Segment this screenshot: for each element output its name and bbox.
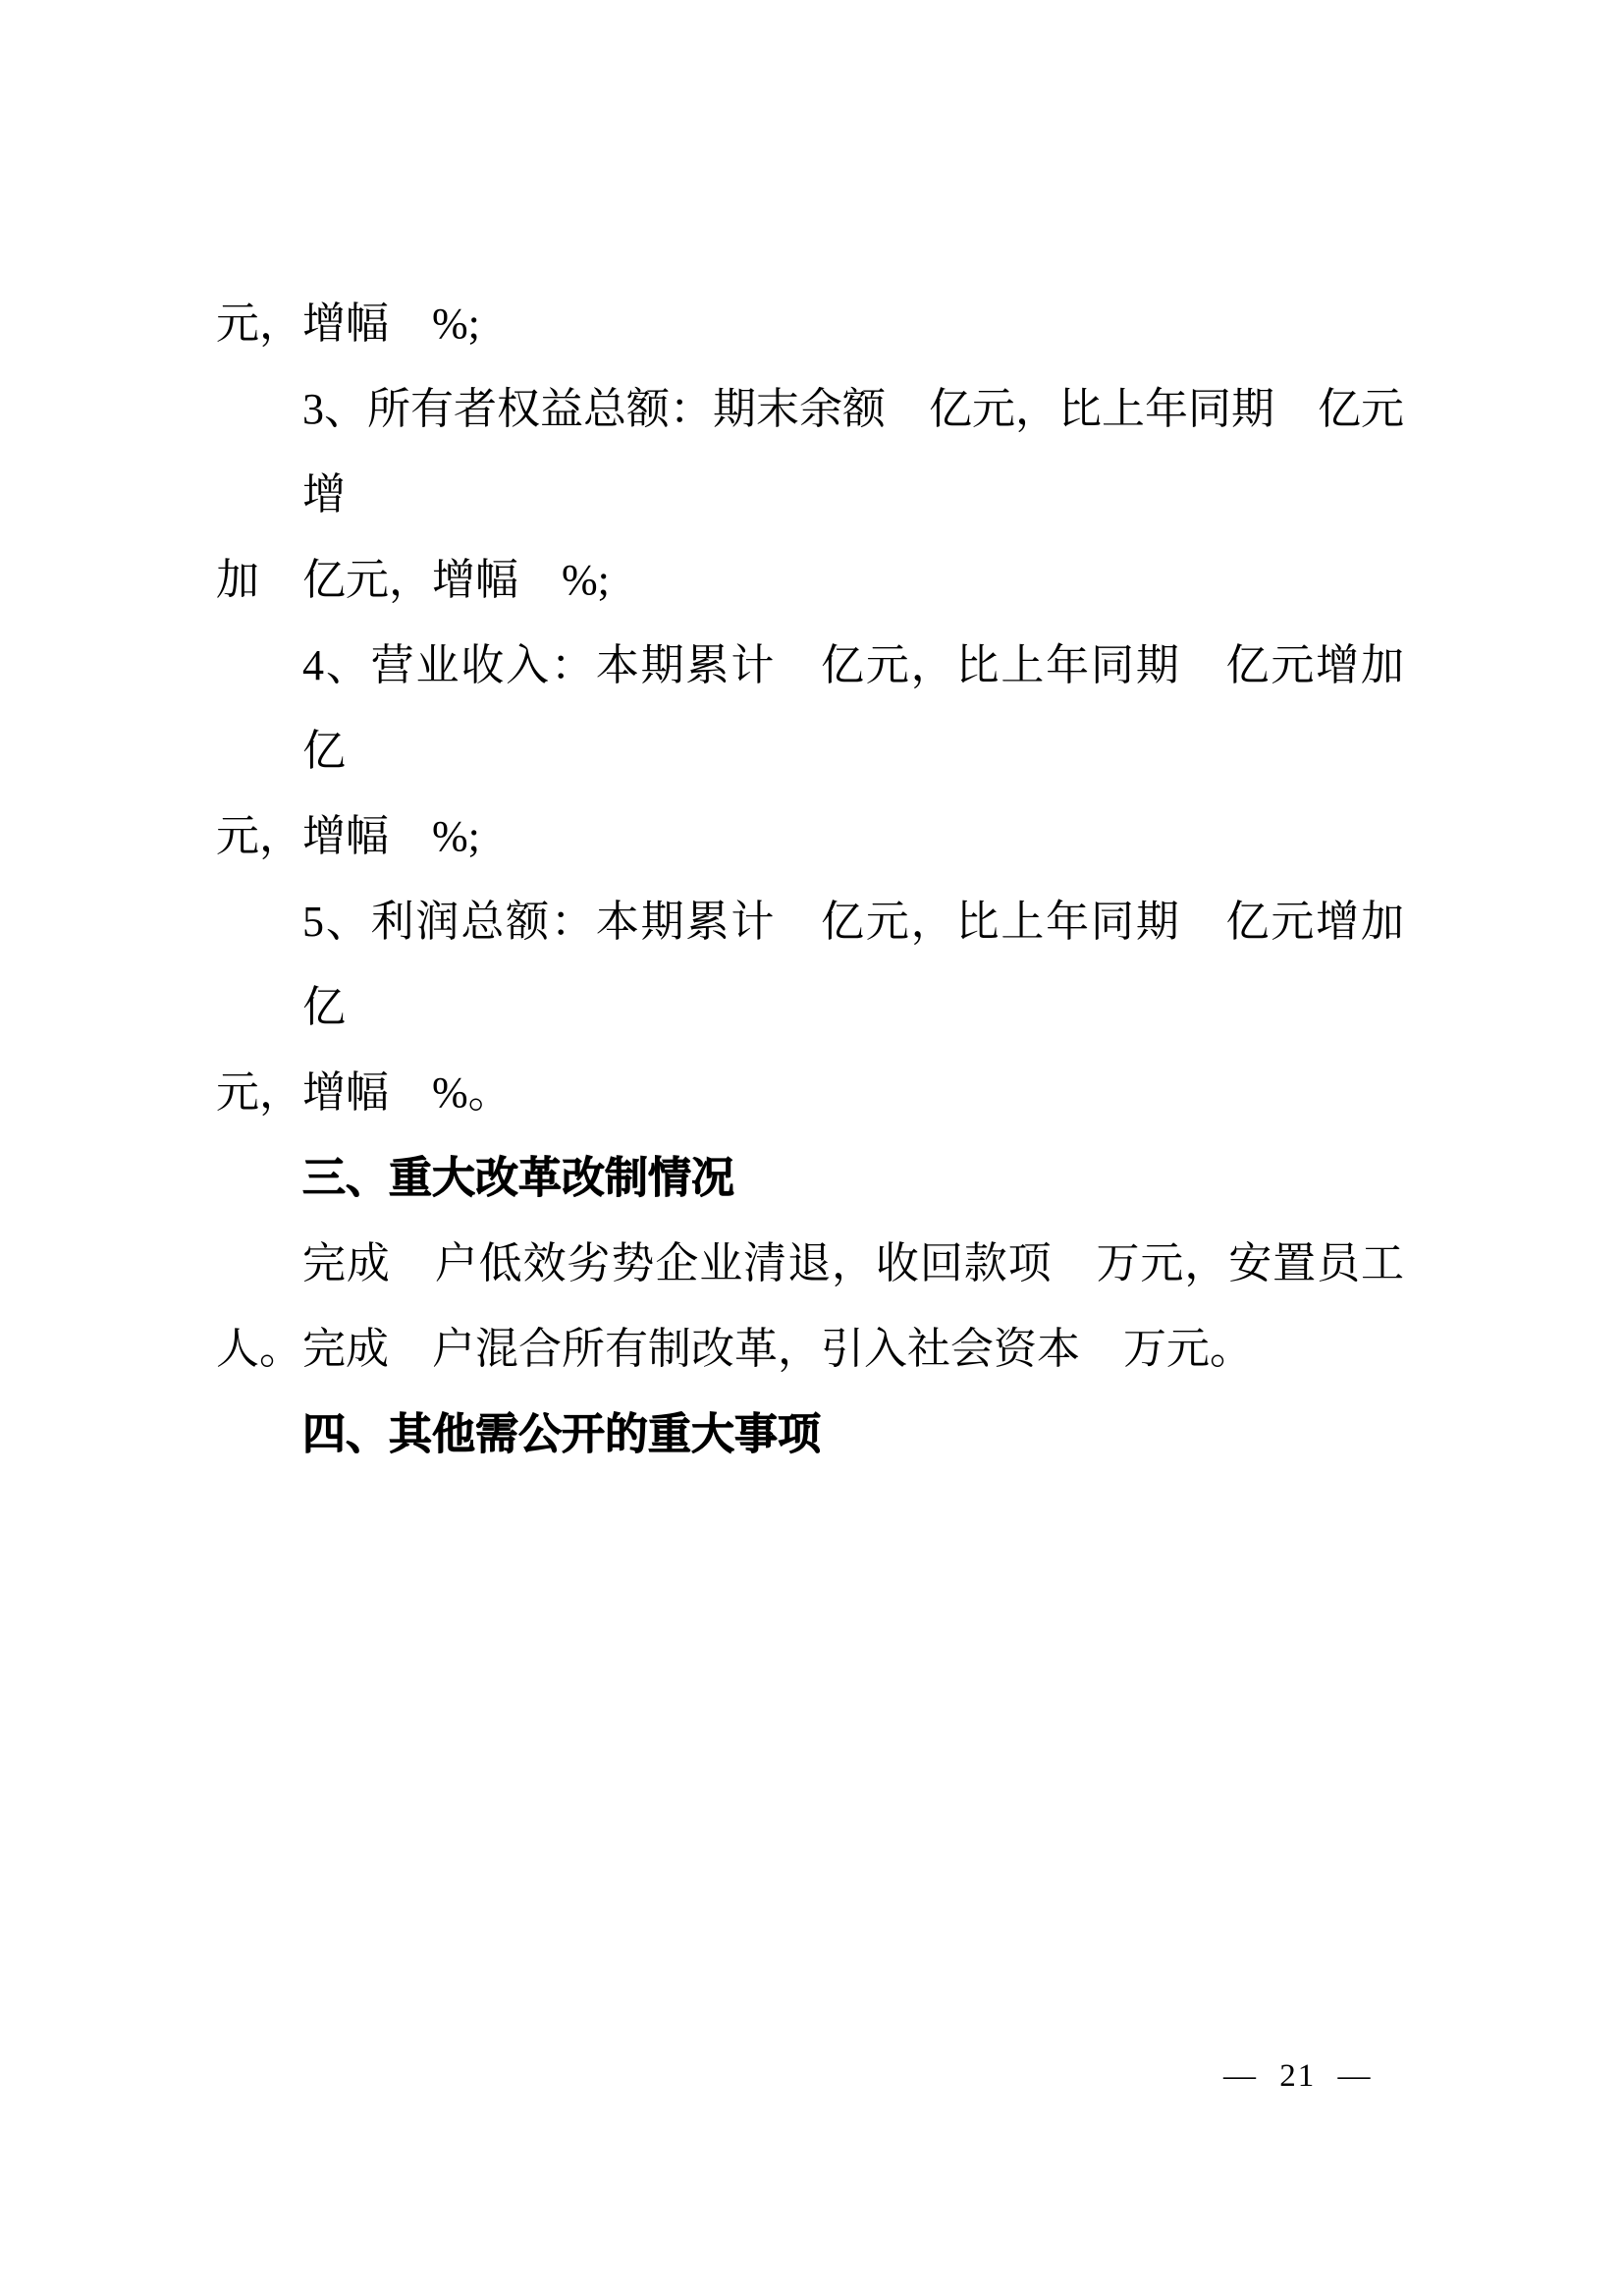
item-5-total-profit-line-1: 5、利润总额：本期累计 亿元，比上年同期 亿元增加 亿 xyxy=(216,879,1404,1050)
page-number-text: — 21 — xyxy=(1223,2058,1373,2094)
item-3-owners-equity-line-1: 3、所有者权益总额：期末余额 亿元，比上年同期 亿元增 xyxy=(216,366,1404,537)
item-4-operating-revenue-line-2: 元，增幅 %; xyxy=(216,793,1404,879)
section-3-body-line-1: 完成 户低效劣势企业清退，收回款项 万元，安置员工 xyxy=(216,1221,1404,1306)
item-4-operating-revenue-line-1: 4、营业收入：本期累计 亿元，比上年同期 亿元增加 亿 xyxy=(216,623,1404,793)
document-body: 元，增幅 %; 3、所有者权益总额：期末余额 亿元，比上年同期 亿元增 加 亿元… xyxy=(216,281,1404,1477)
item-3-owners-equity-line-2: 加 亿元，增幅 %; xyxy=(216,537,1404,623)
section-3-heading-reform-status: 三、重大改革改制情况 xyxy=(216,1135,1404,1221)
document-page: { "page": { "background_color": "#ffffff… xyxy=(0,0,1623,2296)
section-4-heading-other-matters: 四、其他需公开的重大事项 xyxy=(216,1392,1404,1477)
item-5-total-profit-line-2: 元，增幅 %。 xyxy=(216,1050,1404,1135)
section-3-body-line-2: 人。完成 户混合所有制改革，引入社会资本 万元。 xyxy=(216,1306,1404,1392)
page-number-footer: — 21 — xyxy=(1223,2054,1373,2098)
paragraph-continuation-increase-pct: 元，增幅 %; xyxy=(216,281,1404,366)
